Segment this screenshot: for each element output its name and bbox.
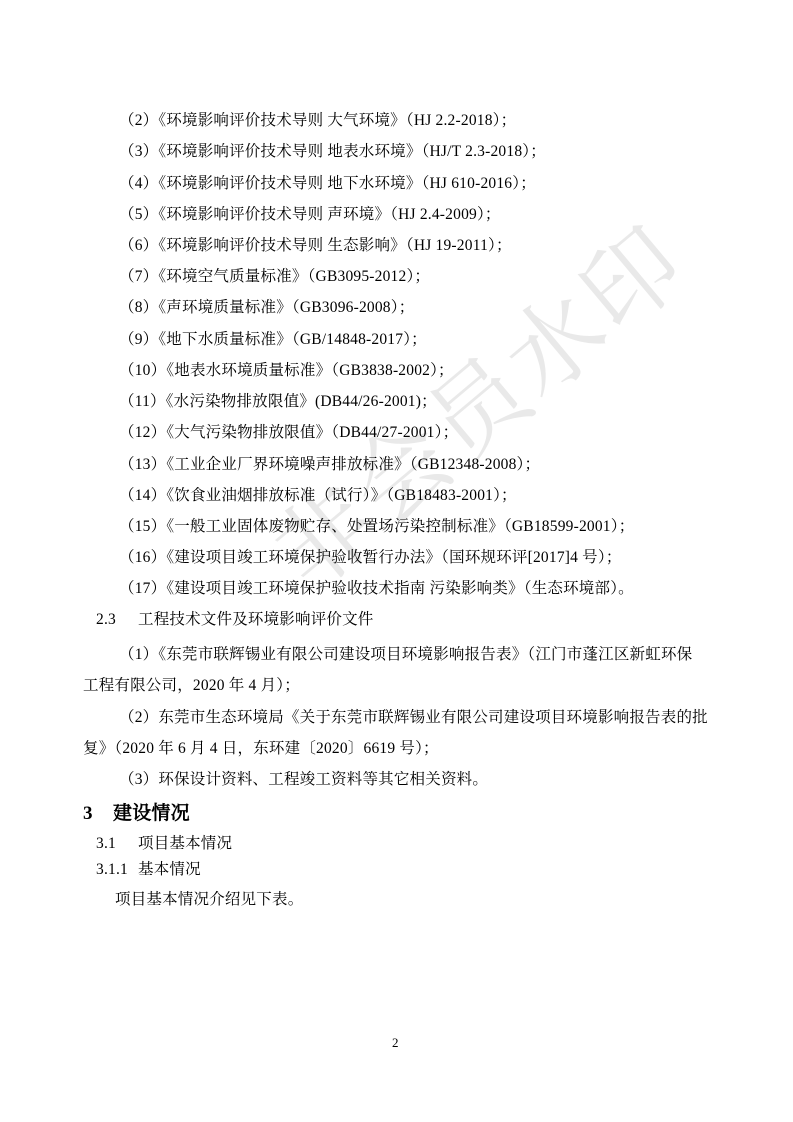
reference-item: （7）《环境空气质量标准》（GB3095-2012）； — [119, 267, 430, 287]
document-item: （1）《东莞市联辉锡业有限公司建设项目环境影响报告表》（江门市蓬江区新虹环保 — [119, 645, 692, 665]
reference-item: （4）《环境影响评价技术导则 地下水环境》（HJ 610-2016）； — [119, 174, 536, 194]
reference-item: （11）《水污染物排放限值》(DB44/26-2001)； — [119, 392, 437, 412]
document-item-continuation: 复》（2020 年 6 月 4 日，东环建〔2020〕6619 号）； — [83, 739, 439, 759]
section-heading-3-1-1: 3.1.1基本情况 — [96, 860, 201, 880]
reference-item: （3）《环境影响评价技术导则 地表水环境》（HJ/T 2.3-2018）； — [119, 142, 546, 162]
reference-item: （5）《环境影响评价技术导则 声环境》（HJ 2.4-2009）； — [119, 205, 501, 225]
reference-item: （12）《大气污染物排放限值》（DB44/27-2001）； — [119, 423, 458, 443]
reference-item: （13）《工业企业厂界环境噪声排放标准》（GB12348-2008）； — [119, 455, 540, 475]
document-item: （2）东莞市生态环境局《关于东莞市联辉锡业有限公司建设项目环境影响报告表的批 — [119, 708, 708, 728]
document-item: （3）环保设计资料、工程竣工资料等其它相关资料。 — [119, 770, 488, 790]
document-item-continuation: 工程有限公司，2020 年 4 月）； — [83, 676, 300, 696]
reference-item: （10）《地表水环境质量标准》（GB3838-2002）； — [119, 361, 454, 381]
reference-item: （14）《饮食业油烟排放标准（试行）》（GB18483-2001）； — [119, 486, 517, 506]
section-heading-3: 3建设情况 — [83, 803, 190, 824]
body-paragraph: 项目基本情况介绍见下表。 — [115, 890, 303, 910]
section-heading-2-3: 2.3工程技术文件及环境影响评价文件 — [96, 610, 374, 630]
reference-item: （16）《建设项目竣工环境保护验收暂行办法》（国环规环评[2017]4 号）； — [119, 548, 622, 568]
reference-item: （2）《环境影响评价技术导则 大气环境》（HJ 2.2-2018）； — [119, 111, 516, 131]
page-number: 2 — [392, 1035, 399, 1051]
reference-item: （17）《建设项目竣工环境保护验收技术指南 污染影响类》（生态环境部）。 — [119, 579, 634, 599]
reference-item: （15）《一般工业固体废物贮存、处置场污染控制标准》（GB18599-2001）… — [119, 517, 634, 537]
reference-item: （9）《地下水质量标准》（GB/14848-2017）； — [119, 330, 427, 350]
reference-item: （6）《环境影响评价技术导则 生态影响》（HJ 19-2011）； — [119, 236, 512, 256]
reference-item: （8）《声环境质量标准》（GB3096-2008）； — [119, 298, 414, 318]
document-page: 非会员水印 （2）《环境影响评价技术导则 大气环境》（HJ 2.2-2018）；… — [0, 0, 793, 1122]
section-heading-3-1: 3.1项目基本情况 — [96, 834, 232, 854]
